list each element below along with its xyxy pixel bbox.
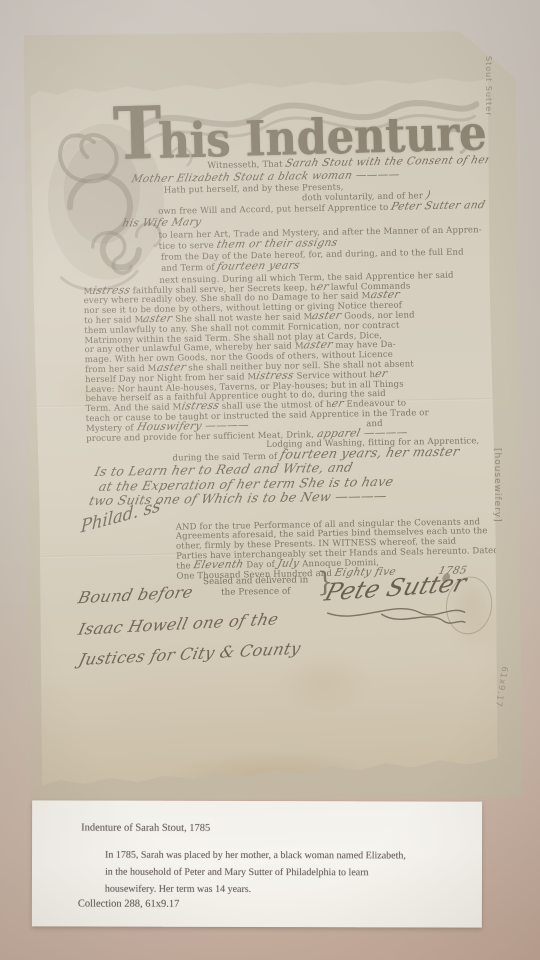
witness-line: Justices for City & County <box>80 637 300 671</box>
handwritten-text: istress <box>180 402 220 412</box>
handwritten-text: er <box>331 400 345 410</box>
doc-line: own free Will and Accord, put herself Ap… <box>158 197 474 215</box>
handwritten-text: his Wife Mary <box>121 216 203 230</box>
label-text: In 1785, Sarah was placed by her mother,… <box>105 850 406 862</box>
handwritten-text: Houswifery ———— <box>135 421 249 433</box>
pencil-note-stout-sutter: Stout Sutter <box>484 56 493 117</box>
handwritten-text: aster <box>369 291 400 301</box>
handwritten-text: istress <box>91 286 131 296</box>
handwritten-text: er <box>315 282 329 292</box>
label-paragraph: In 1785, Sarah was placed by her mother,… <box>105 845 406 897</box>
label-paragraph-line: in the household of Peter and Mary Sutte… <box>105 862 406 880</box>
label-paragraph-line: housewifery. Her term was 14 years. <box>105 879 406 897</box>
handwritten-text: apparel ———— <box>316 428 409 439</box>
label-text: in the household of Peter and Mary Sutte… <box>105 867 369 879</box>
handwritten-text: them or their assigns <box>215 236 339 251</box>
handwritten-text: Eleventh <box>192 560 244 571</box>
handwritten-text: fourteen years <box>216 259 301 273</box>
handwritten-text: aster <box>155 363 186 373</box>
label-text: housewifery. Her term was 14 years. <box>105 884 251 895</box>
margin-note-housewifery: [housewifery] <box>492 448 502 523</box>
handwritten-text: Peter Sutter and <box>390 199 487 213</box>
handwritten-text: July <box>277 559 301 569</box>
label-card: Indenture of Sarah Stout, 1785 In 1785, … <box>32 800 482 927</box>
label-title: Indenture of Sarah Stout, 1785 <box>81 823 210 834</box>
indenture-document: This Indenture Witnesseth, That Sarah St… <box>30 76 500 786</box>
handwritten-text: Bound before <box>75 577 196 613</box>
handwritten-text: aster <box>142 315 173 325</box>
handwritten-text: istress <box>255 371 295 381</box>
photo-of-indenture: { "document": { "title": "This Indenture… <box>0 0 540 960</box>
handwritten-text: aster <box>311 312 342 322</box>
handwritten-text: er <box>374 370 388 380</box>
label-paragraph-line: In 1785, Sarah was placed by her mother,… <box>105 845 406 863</box>
label-collection-number: Collection 288, 61x9.17 <box>78 899 180 910</box>
handwritten-text: aster <box>303 341 334 351</box>
witness-attestation: Bound beforeIsaac Howell one of theJusti… <box>79 577 300 671</box>
